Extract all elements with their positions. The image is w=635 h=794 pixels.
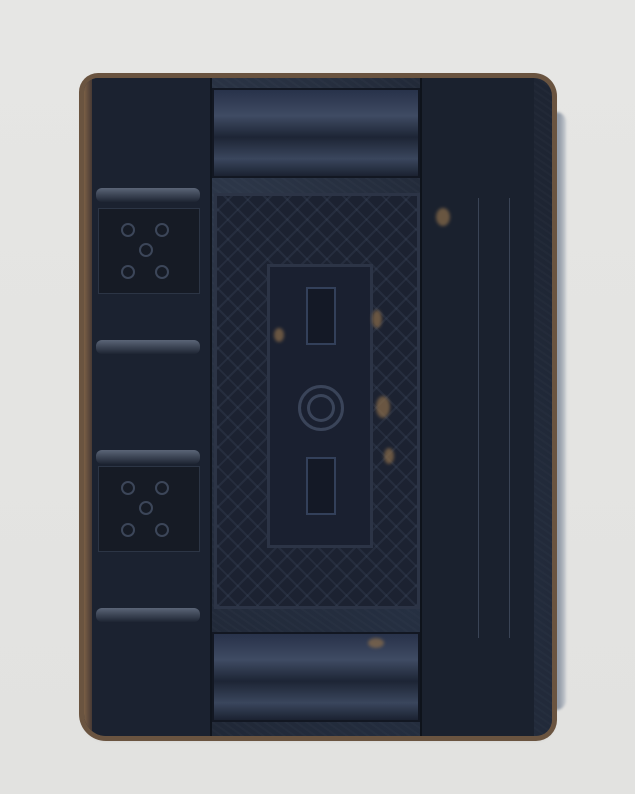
ornament-dot	[121, 265, 135, 279]
ornament-dot	[155, 481, 169, 495]
ornament-dot	[139, 243, 153, 257]
book-cover	[84, 78, 552, 736]
fore-edge-strap	[420, 78, 534, 736]
wear-spot	[376, 396, 390, 418]
ornament-dot	[121, 481, 135, 495]
spine-band	[96, 188, 200, 202]
wear-spot	[274, 328, 284, 342]
spine-panel	[98, 208, 200, 294]
spine	[92, 78, 212, 736]
ornament-dot	[121, 523, 135, 537]
central-panel	[267, 264, 373, 548]
bottom-raised-band	[212, 632, 420, 722]
ornament-dot	[139, 501, 153, 515]
ornament-bar	[306, 457, 336, 515]
wear-spot	[384, 448, 394, 464]
spine-band	[96, 450, 200, 464]
spine-panel	[98, 466, 200, 552]
spine-band	[96, 608, 200, 622]
rosette-ornament	[298, 385, 344, 431]
ornament-dot	[155, 523, 169, 537]
ornament-dot	[155, 223, 169, 237]
wear-spot	[372, 310, 382, 328]
ornament-dot	[155, 265, 169, 279]
wear-spot	[368, 638, 384, 648]
ornament-dot	[121, 223, 135, 237]
spine-band	[96, 340, 200, 354]
wear-spot	[436, 208, 450, 226]
ornament-bar	[306, 287, 336, 345]
tooled-lines	[478, 198, 510, 638]
top-raised-band	[212, 88, 420, 178]
